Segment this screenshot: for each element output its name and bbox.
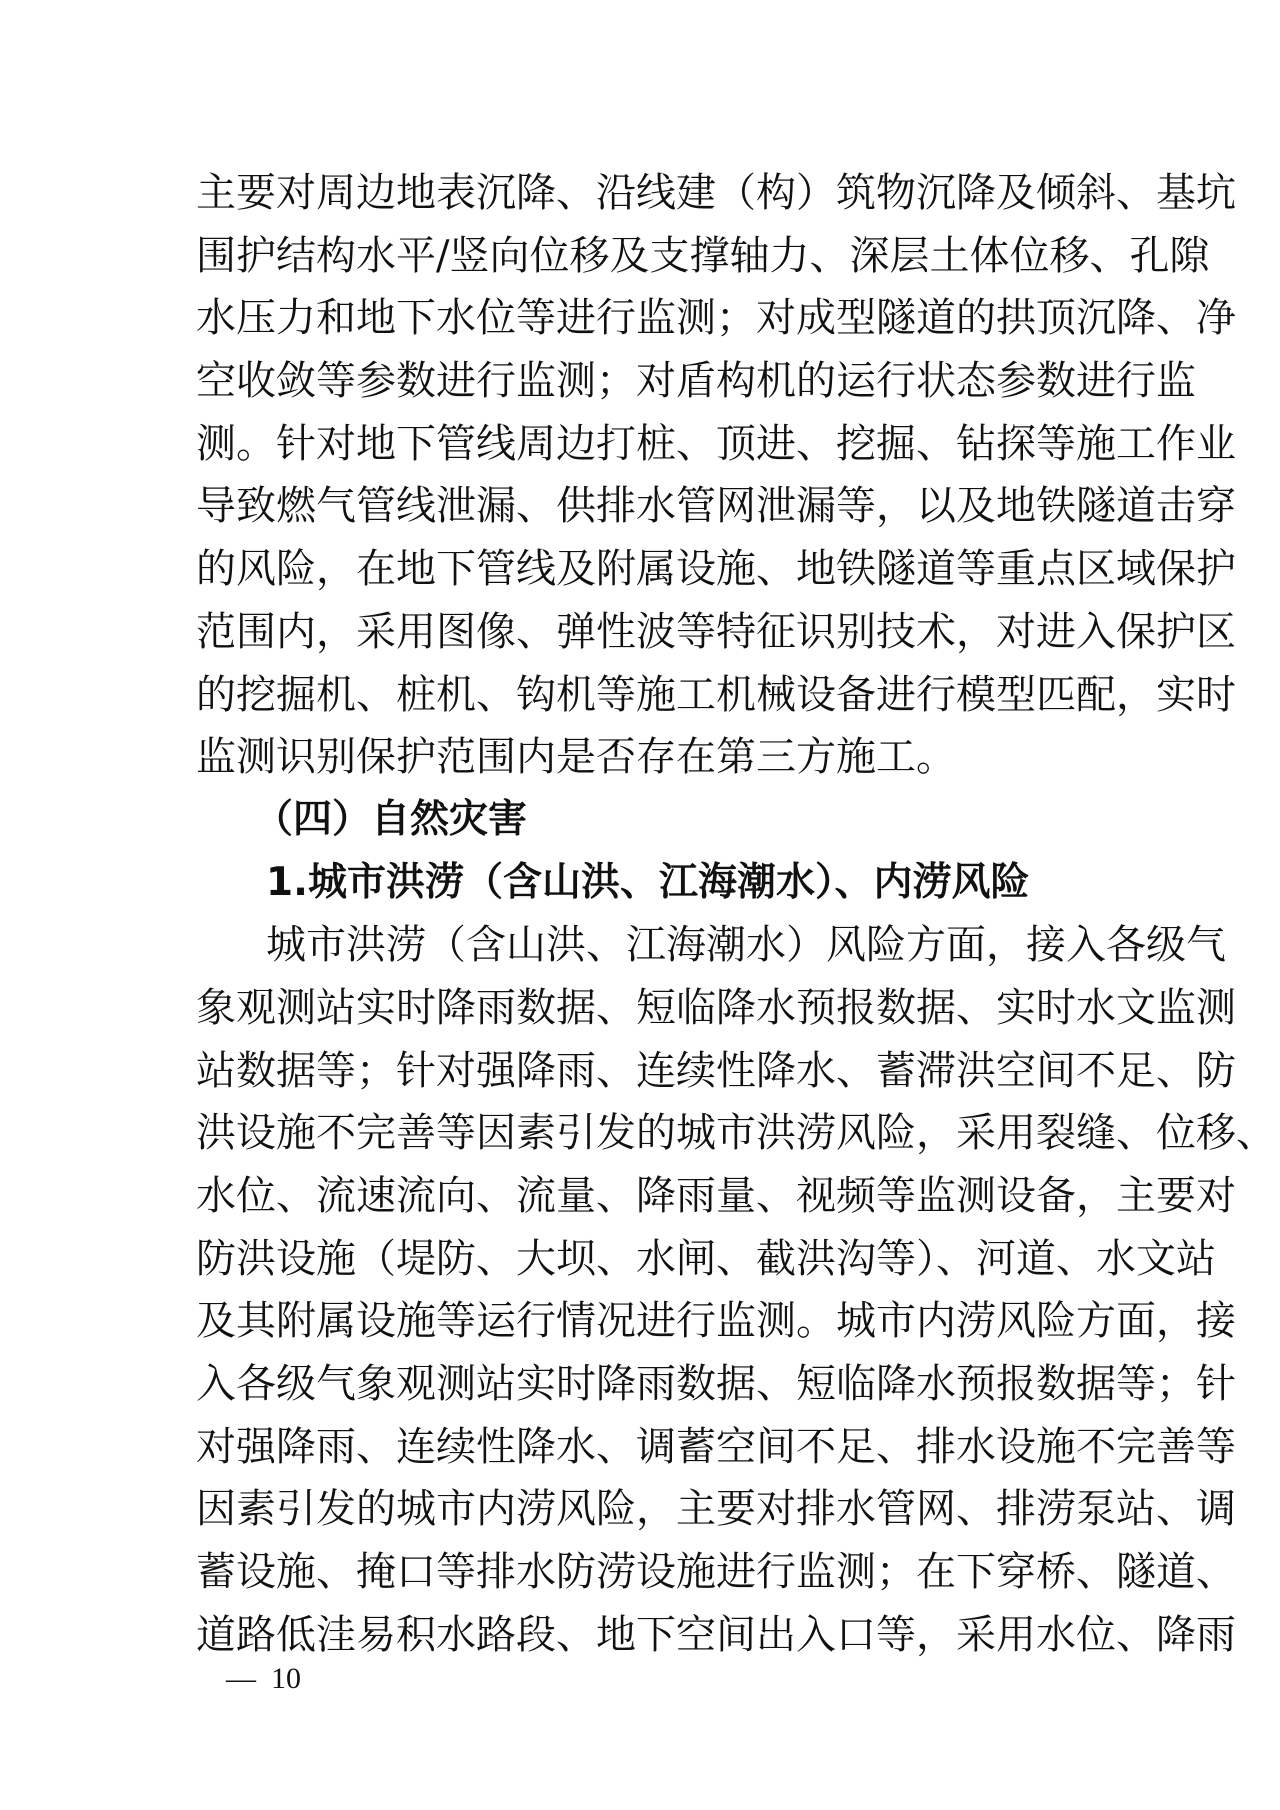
text-line: 因素引发的城市内涝风险，主要对排水管网、排涝泵站、调	[196, 1478, 1086, 1541]
text-line: 水压力和地下水位等进行监测；对成型隧道的拱顶沉降、净	[196, 287, 1086, 350]
text-line: 及其附属设施等运行情况进行监测。城市内涝风险方面，接	[196, 1290, 1086, 1353]
text-line: 测。针对地下管线周边打桩、顶进、挖掘、钻探等施工作业	[196, 413, 1086, 476]
text-line: 空收敛等参数进行监测；对盾构机的运行状态参数进行监	[196, 350, 1086, 413]
text-line: 站数据等；针对强降雨、连续性降水、蓄滞洪空间不足、防	[196, 1040, 1086, 1103]
text-line: 防洪设施（堤防、大坝、水闸、截洪沟等）、河道、水文站	[196, 1228, 1086, 1291]
paragraph-underground-monitoring: 主要对周边地表沉降、沿线建（构）筑物沉降及倾斜、基坑 围护结构水平/竖向位移及支…	[196, 162, 1086, 789]
paragraph-flood-risk: 城市洪涝（含山洪、江海潮水）风险方面，接入各级气 象观测站实时降雨数据、短临降水…	[196, 914, 1086, 1666]
text-line: 对强降雨、连续性降水、调蓄空间不足、排水设施不完善等	[196, 1416, 1086, 1479]
document-body: 主要对周边地表沉降、沿线建（构）筑物沉降及倾斜、基坑 围护结构水平/竖向位移及支…	[196, 162, 1086, 1667]
page-number: — 10	[226, 1662, 301, 1696]
text-line: 象观测站实时降雨数据、短临降水预报数据、实时水文监测	[196, 977, 1086, 1040]
text-line: 水位、流速流向、流量、降雨量、视频等监测设备，主要对	[196, 1165, 1086, 1228]
text-line: 主要对周边地表沉降、沿线建（构）筑物沉降及倾斜、基坑	[196, 162, 1086, 225]
text-line: 围护结构水平/竖向位移及支撑轴力、深层土体位移、孔隙	[196, 225, 1086, 288]
section-heading: （四）自然灾害	[196, 789, 1086, 852]
text-line: 城市洪涝（含山洪、江海潮水）风险方面，接入各级气	[196, 914, 1086, 977]
text-line: 道路低洼易积水路段、地下空间出入口等，采用水位、降雨	[196, 1604, 1086, 1667]
text-line: 监测识别保护范围内是否存在第三方施工。	[196, 726, 1086, 789]
text-line: 入各级气象观测站实时降雨数据、短临降水预报数据等；针	[196, 1353, 1086, 1416]
text-line: 洪设施不完善等因素引发的城市洪涝风险，采用裂缝、位移、	[196, 1102, 1086, 1165]
text-line: 的挖掘机、桩机、钩机等施工机械设备进行模型匹配，实时	[196, 664, 1086, 727]
text-line: 的风险，在地下管线及附属设施、地铁隧道等重点区域保护	[196, 538, 1086, 601]
text-line: 蓄设施、掩口等排水防涝设施进行监测；在下穿桥、隧道、	[196, 1541, 1086, 1604]
subsection-heading: 1.城市洪涝（含山洪、江海潮水）、内涝风险	[196, 852, 1086, 915]
text-line: 导致燃气管线泄漏、供排水管网泄漏等，以及地铁隧道击穿	[196, 475, 1086, 538]
document-page: 主要对周边地表沉降、沿线建（构）筑物沉降及倾斜、基坑 围护结构水平/竖向位移及支…	[0, 0, 1280, 1810]
text-line: 范围内，采用图像、弹性波等特征识别技术，对进入保护区	[196, 601, 1086, 664]
